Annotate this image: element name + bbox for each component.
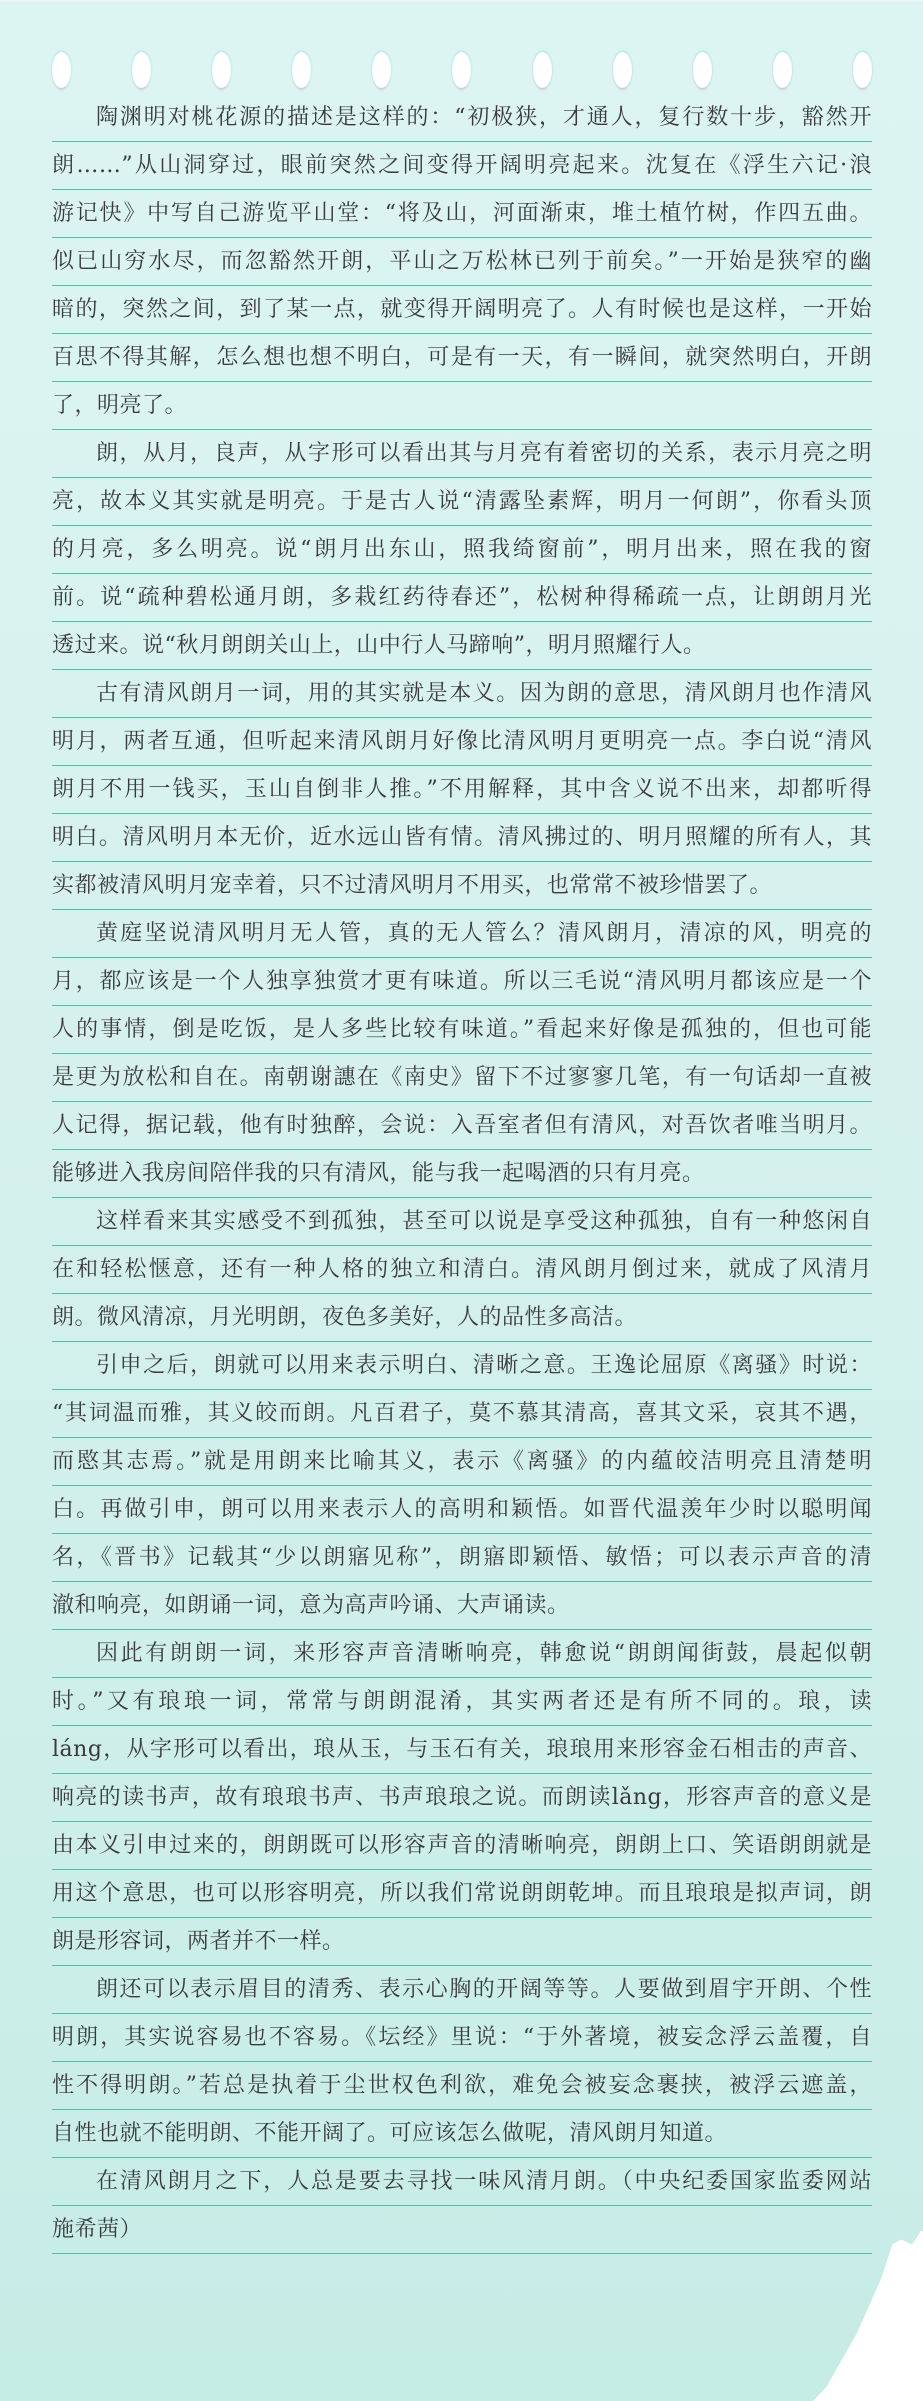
text-line: 白。再做引申，朗可以用来表示人的高明和颖悟。如晋代温羡年少时以聪明闻 [52,1486,872,1534]
article-paragraph: 黄庭坚说清风明月无人管，真的无人管么？清风朗月，清凉的风，明亮的月，都应该是一个… [52,910,872,1198]
article-paragraph: 古有清风朗月一词，用的其实就是本义。因为朗的意思，清风朗月也作清风明月，两者互通… [52,670,872,910]
binding-hole-icon [132,52,151,88]
text-line: 因此有朗朗一词，来形容声音清晰响亮，韩愈说“朗朗闻街鼓，晨起似朝 [52,1630,872,1678]
text-line: 了，明亮了。 [52,382,872,430]
text-line: 响亮的读书声，故有琅琅书声、书声琅琅之说。而朗读lǎng，形容声音的意义是 [52,1774,872,1822]
text-line: 时。”又有琅琅一词，常常与朗朗混淆，其实两者还是有所不同的。琅，读 [52,1678,872,1726]
text-line: 似已山穷水尽，而忽豁然开朗，平山之万松林已列于前矣。”一开始是狭窄的幽 [52,238,872,286]
text-line: 明月，两者互通，但听起来清风朗月好像比清风明月更明亮一点。李白说“清风 [52,718,872,766]
text-line: 黄庭坚说清风明月无人管，真的无人管么？清风朗月，清凉的风，明亮的 [52,910,872,958]
article-paragraph: 陶渊明对桃花源的描述是这样的：“初极狭，才通人，复行数十步，豁然开朗……”从山洞… [52,94,872,430]
text-line: 朗……”从山洞穿过，眼前突然之间变得开阔明亮起来。沈复在《浮生六记·浪 [52,142,872,190]
page-curl-corner [813,2231,923,2401]
text-line: 施希茜） [52,2206,872,2254]
text-line: 明白。清风明月本无价，近水远山皆有情。清风拂过的、明月照耀的所有人，其 [52,814,872,862]
text-line: 澈和响亮，如朗诵一词，意为高声吟诵、大声诵读。 [52,1582,872,1630]
binding-hole-icon [853,52,872,88]
text-line: 前。说“疏种碧松通月朗，多栽红药待春还”，松树种得稀疏一点，让朗朗月光 [52,574,872,622]
binding-hole-icon [613,52,632,88]
text-line: 暗的，突然之间，到了某一点，就变得开阔明亮了。人有时候也是这样，一开始 [52,286,872,334]
text-line: 在和轻松惬意，还有一种人格的独立和清白。清风朗月倒过来，就成了风清月 [52,1246,872,1294]
text-line: 百思不得其解，怎么想也想不明白，可是有一天，有一瞬间，就突然明白，开朗 [52,334,872,382]
text-line: 游记快》中写自己游览平山堂：“将及山，河面渐束，堆土植竹树，作四五曲。 [52,190,872,238]
text-line: 朗。微风清凉，月光明朗，夜色多美好，人的品性多高洁。 [52,1294,872,1342]
binding-hole-icon [533,52,552,88]
text-line: 朗还可以表示眉目的清秀、表示心胸的开阔等等。人要做到眉宇开朗、个性 [52,1966,872,2014]
text-line: 是更为放松和自在。南朝谢譓在《南史》留下不过寥寥几笔，有一句话却一直被 [52,1054,872,1102]
text-line: 透过来。说“秋月朗朗关山上，山中行人马蹄响”，明月照耀行人。 [52,622,872,670]
binding-hole-icon [292,52,311,88]
text-line: 而愍其志焉。”就是用朗来比喻其义，表示《离骚》的内蕴皎洁明亮且清楚明 [52,1438,872,1486]
binding-hole-icon [52,52,71,88]
text-line: 性不得明朗。”若总是执着于尘世权色利欲，难免会被妄念裹挟，被浮云遮盖， [52,2062,872,2110]
binding-hole-icon [773,52,792,88]
text-line: 引申之后，朗就可以用来表示明白、清晰之意。王逸论屈原《离骚》时说： [52,1342,872,1390]
article-paragraph: 这样看来其实感受不到孤独，甚至可以说是享受这种孤独，自有一种悠闲自在和轻松惬意，… [52,1198,872,1342]
text-line: 能够进入我房间陪伴我的只有清风，能与我一起喝酒的只有月亮。 [52,1150,872,1198]
article-paragraph: 引申之后，朗就可以用来表示明白、清晰之意。王逸论屈原《离骚》时说：“其词温而雅，… [52,1342,872,1630]
binding-hole-icon [212,52,231,88]
text-line: 自性也就不能明朗、不能开阔了。可应该怎么做呢，清风朗月知道。 [52,2110,872,2158]
text-line: 人的事情，倒是吃饭，是人多些比较有味道。”看起来好像是孤独的，但也可能 [52,1006,872,1054]
text-line: 在清风朗月之下，人总是要去寻找一味风清月朗。（中央纪委国家监委网站 [52,2158,872,2206]
text-line: 用这个意思，也可以形容明亮，所以我们常说朗朗乾坤。而且琅琅是拟声词，朗 [52,1870,872,1918]
text-line: 朗是形容词，两者并不一样。 [52,1918,872,1966]
article-paragraph: 朗，从月，良声，从字形可以看出其与月亮有着密切的关系，表示月亮之明亮，故本义其实… [52,430,872,670]
text-line: 人记得，据记载，他有时独醉，会说：入吾室者但有清风，对吾饮者唯当明月。 [52,1102,872,1150]
notebook-paper: 陶渊明对桃花源的描述是这样的：“初极狭，才通人，复行数十步，豁然开朗……”从山洞… [0,0,923,2401]
text-line: 的月亮，多么明亮。说“朗月出东山，照我绮窗前”，明月出来，照在我的窗 [52,526,872,574]
text-line: 由本义引申过来的，朗朗既可以形容声音的清晰响亮，朗朗上口、笑语朗朗就是 [52,1822,872,1870]
text-line: 名，《晋书》记载其“少以朗寤见称”，朗寤即颖悟、敏悟；可以表示声音的清 [52,1534,872,1582]
text-line: 亮，故本义其实就是明亮。于是古人说“清露坠素辉，明月一何朗”，你看头顶 [52,478,872,526]
binding-holes [52,52,872,92]
article-body: 陶渊明对桃花源的描述是这样的：“初极狭，才通人，复行数十步，豁然开朗……”从山洞… [52,94,872,2254]
binding-hole-icon [372,52,391,88]
text-line: láng，从字形可以看出，琅从玉，与玉石有关，琅琅用来形容金石相击的声音、 [52,1726,872,1774]
binding-hole-icon [452,52,471,88]
binding-hole-icon [693,52,712,88]
text-line: “其词温而雅，其义皎而朗。凡百君子，莫不慕其清高，喜其文采，哀其不遇， [52,1390,872,1438]
article-paragraph: 因此有朗朗一词，来形容声音清晰响亮，韩愈说“朗朗闻街鼓，晨起似朝时。”又有琅琅一… [52,1630,872,1966]
text-line: 这样看来其实感受不到孤独，甚至可以说是享受这种孤独，自有一种悠闲自 [52,1198,872,1246]
text-line: 陶渊明对桃花源的描述是这样的：“初极狭，才通人，复行数十步，豁然开 [52,94,872,142]
article-paragraph: 朗还可以表示眉目的清秀、表示心胸的开阔等等。人要做到眉宇开朗、个性明朗，其实说容… [52,1966,872,2158]
article-paragraph: 在清风朗月之下，人总是要去寻找一味风清月朗。（中央纪委国家监委网站施希茜） [52,2158,872,2254]
text-line: 朗，从月，良声，从字形可以看出其与月亮有着密切的关系，表示月亮之明 [52,430,872,478]
text-line: 实都被清风明月宠幸着，只不过清风明月不用买，也常常不被珍惜罢了。 [52,862,872,910]
text-line: 古有清风朗月一词，用的其实就是本义。因为朗的意思，清风朗月也作清风 [52,670,872,718]
text-line: 明朗，其实说容易也不容易。《坛经》里说：“于外著境，被妄念浮云盖覆，自 [52,2014,872,2062]
text-line: 朗月不用一钱买，玉山自倒非人推。”不用解释，其中含义说不出来，却都听得 [52,766,872,814]
text-line: 月，都应该是一个人独享独赏才更有味道。所以三毛说“清风明月都该应是一个 [52,958,872,1006]
